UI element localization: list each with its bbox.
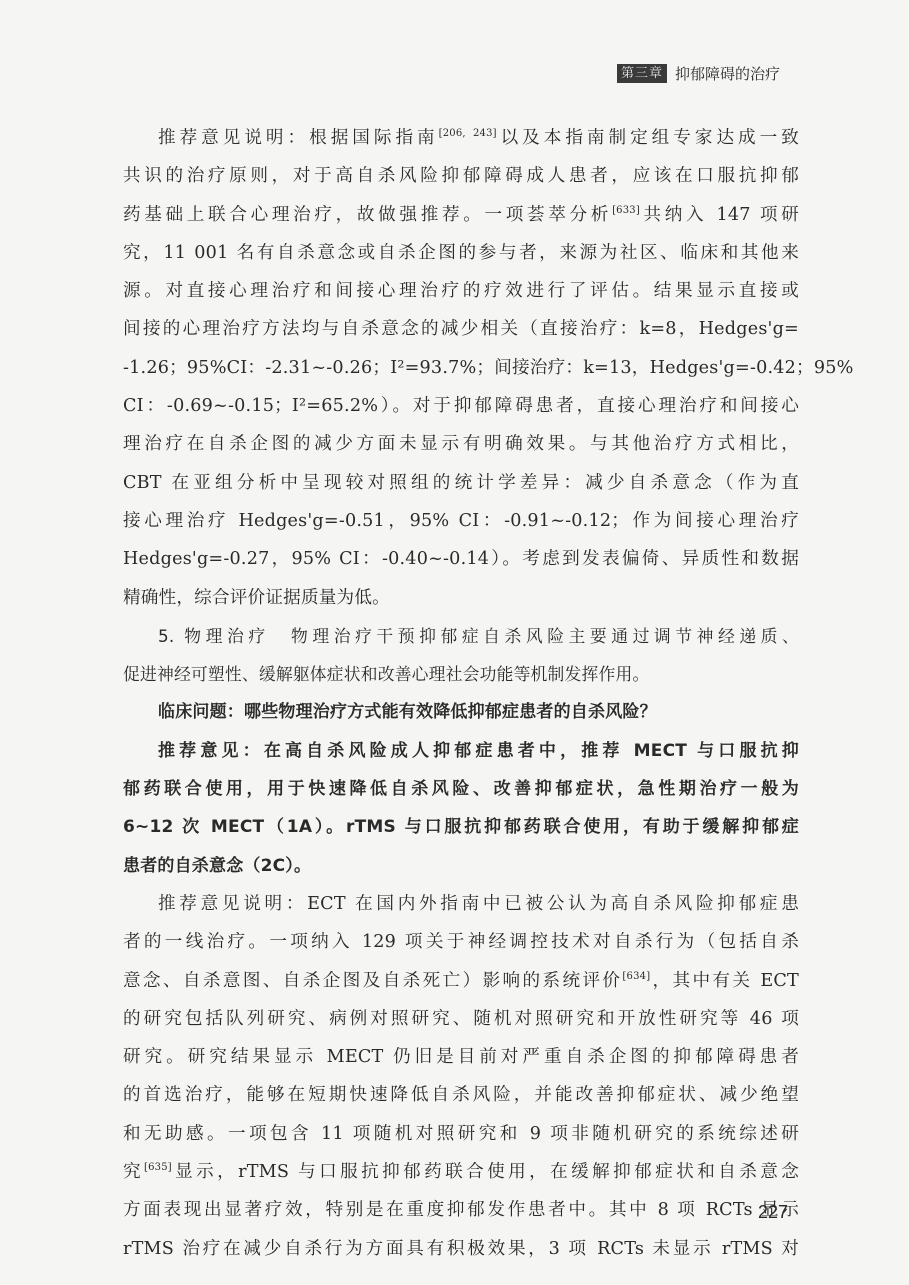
page-number: 227	[758, 1202, 788, 1223]
body-text: 推荐意见说明：根据国际指南[206, 243]以及本指南制定组专家达成一致 共识…	[123, 119, 799, 1268]
text-line: 患者的自杀意念（2C）。	[123, 847, 799, 885]
text-line: 郁药联合使用，用于快速降低自杀风险、改善抑郁症状，急性期治疗一般为	[123, 770, 799, 808]
text-line: Hedges'g=-0.27，95% CI：-0.40~-0.14）。考虑到发表…	[123, 540, 799, 578]
paragraph-recommendation: 推荐意见：在高自杀风险成人抑郁症患者中，推荐 MECT 与口服抗抑 郁药联合使用…	[123, 732, 799, 885]
clinical-question: 临床问题：哪些物理治疗方式能有效降低抑郁症患者的自杀风险？	[123, 693, 799, 731]
text-line: 理治疗在自杀企图的减少方面未显示有明确效果。与其他治疗方式相比，	[123, 425, 799, 463]
citation: [633]	[612, 205, 640, 216]
text-line: 6~12 次 MECT（1A）。rTMS 与口服抗抑郁药联合使用，有助于缓解抑郁…	[123, 808, 799, 846]
running-header: 第三章 抑郁障碍的治疗	[617, 64, 780, 83]
text-line: 精确性，综合评价证据质量为低。	[123, 579, 799, 617]
text-span: 推荐意见说明：根据国际指南	[158, 128, 439, 148]
text-line: 意念、自杀意图、自杀企图及自杀死亡）影响的系统评价[634]，其中有关 ECT	[123, 962, 799, 1000]
text-line: 共识的治疗原则，对于高自杀风险抑郁障碍成人患者，应该在口服抗抑郁	[123, 157, 799, 195]
text-line: 者的一线治疗。一项纳入 129 项关于神经调控技术对自杀行为（包括自杀	[123, 923, 799, 961]
text-line: -1.26；95%CI：-2.31~-0.26；I²=93.7%；间接治疗：k=…	[123, 349, 799, 387]
paragraph-section-5-physical-therapy: 5. 物理治疗 物理治疗干预抑郁症自杀风险主要通过调节神经递质、 促进神经可塑性…	[123, 617, 799, 694]
text-line: 方面表现出显著疗效，特别是在重度抑郁发作患者中。其中 8 项 RCTs 显示	[123, 1191, 799, 1229]
paragraph-recommendation-explanation-psychotherapy: 推荐意见说明：根据国际指南[206, 243]以及本指南制定组专家达成一致 共识…	[123, 119, 799, 617]
text-line: 间接的心理治疗方法均与自杀意念的减少相关（直接治疗：k=8，Hedges'g=	[123, 310, 799, 348]
text-line: 的研究包括队列研究、病例对照研究、随机对照研究和开放性研究等 46 项	[123, 1000, 799, 1038]
paragraph-clinical-question: 临床问题：哪些物理治疗方式能有效降低抑郁症患者的自杀风险？	[123, 693, 799, 731]
citation: [635]	[144, 1162, 172, 1173]
citation: [634]	[622, 971, 650, 982]
text-line: 推荐意见说明：根据国际指南[206, 243]以及本指南制定组专家达成一致	[123, 119, 799, 157]
citation: [206, 243]	[439, 128, 497, 139]
paragraph-recommendation-explanation-physical: 推荐意见说明：ECT 在国内外指南中已被公认为高自杀风险抑郁症患 者的一线治疗。…	[123, 885, 799, 1268]
text-span: 以及本指南制定组专家达成一致	[497, 128, 799, 148]
text-line: 药基础上联合心理治疗，故做强推荐。一项荟萃分析[633]共纳入 147 项研	[123, 196, 799, 234]
text-line: 和无助感。一项包含 11 项随机对照研究和 9 项非随机研究的系统综述研	[123, 1115, 799, 1153]
text-line: rTMS 治疗在减少自杀行为方面具有积极效果，3 项 RCTs 未显示 rTMS…	[123, 1230, 799, 1268]
text-line: 的首选治疗，能够在短期快速降低自杀风险，并能改善抑郁症状、减少绝望	[123, 1076, 799, 1114]
text-line: 究[635]显示，rTMS 与口服抗抑郁药联合使用，在缓解抑郁症状和自杀意念	[123, 1153, 799, 1191]
text-line: 究，11 001 名有自杀意念或自杀企图的参与者，来源为社区、临床和其他来	[123, 234, 799, 272]
text-line: 接心理治疗 Hedges'g=-0.51，95% CI：-0.91~-0.12；…	[123, 502, 799, 540]
chapter-title: 抑郁障碍的治疗	[675, 65, 780, 83]
document-page: 第三章 抑郁障碍的治疗 推荐意见说明：根据国际指南[206, 243]以及本指南…	[0, 0, 909, 1285]
text-line: 源。对直接心理治疗和间接心理治疗的疗效进行了评估。结果显示直接或	[123, 272, 799, 310]
text-span: ，其中有关 ECT	[650, 971, 799, 991]
text-line: CI：-0.69~-0.15；I²=65.2%）。对于抑郁障碍患者，直接心理治疗…	[123, 387, 799, 425]
text-line: 推荐意见说明：ECT 在国内外指南中已被公认为高自杀风险抑郁症患	[123, 885, 799, 923]
text-span: 药基础上联合心理治疗，故做强推荐。一项荟萃分析	[123, 205, 612, 225]
text-line: 促进神经可塑性、缓解躯体症状和改善心理社会功能等机制发挥作用。	[123, 655, 799, 693]
text-span: 究	[123, 1162, 144, 1182]
section-heading-line: 5. 物理治疗 物理治疗干预抑郁症自杀风险主要通过调节神经递质、	[123, 617, 799, 655]
text-span: 显示，rTMS 与口服抗抑郁药联合使用，在缓解抑郁症状和自杀意念	[172, 1162, 799, 1182]
text-line: 推荐意见：在高自杀风险成人抑郁症患者中，推荐 MECT 与口服抗抑	[123, 732, 799, 770]
text-span: 意念、自杀意图、自杀企图及自杀死亡）影响的系统评价	[123, 971, 622, 991]
text-line: CBT 在亚组分析中呈现较对照组的统计学差异：减少自杀意念（作为直	[123, 464, 799, 502]
text-line: 研究。研究结果显示 MECT 仍旧是目前对严重自杀企图的抑郁障碍患者	[123, 1038, 799, 1076]
text-span: 共纳入 147 项研	[640, 205, 799, 225]
chapter-badge: 第三章	[617, 64, 667, 83]
